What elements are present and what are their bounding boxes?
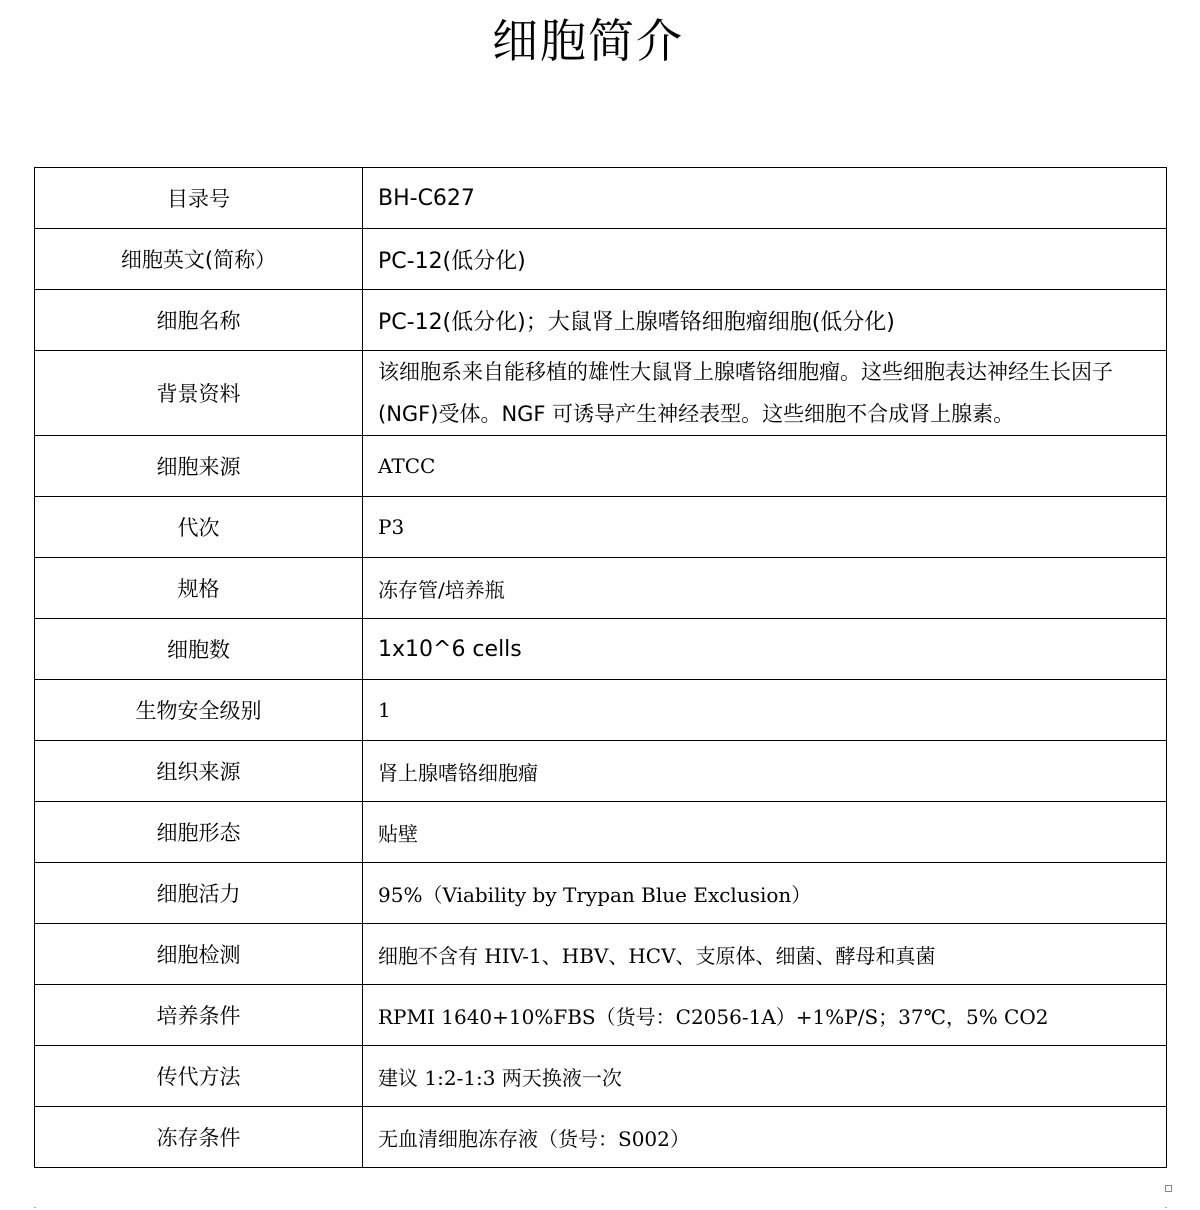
- page-title: 细胞简介: [0, 10, 1176, 72]
- table-row-english-name: 细胞英文(简称） PC-12(低分化): [35, 229, 1167, 290]
- table-row-tissue: 组织来源 肾上腺嗜铬细胞瘤: [35, 741, 1167, 802]
- row-value: P3: [363, 497, 1167, 558]
- row-value: 1x10^6 cells: [363, 619, 1167, 680]
- row-label: 传代方法: [35, 1046, 363, 1107]
- row-label: 细胞数: [35, 619, 363, 680]
- row-value: ATCC: [363, 436, 1167, 497]
- table-row-spec: 规格 冻存管/培养瓶: [35, 558, 1167, 619]
- row-label: 培养条件: [35, 985, 363, 1046]
- row-value: 冻存管/培养瓶: [363, 558, 1167, 619]
- row-value: PC-12(低分化): [363, 229, 1167, 290]
- margin-mark-left: [34, 1207, 36, 1208]
- table-end-marker: [1165, 1185, 1172, 1192]
- row-value: RPMI 1640+10%FBS（货号：C2056-1A）+1%P/S；37℃，…: [363, 985, 1167, 1046]
- table-row-cell-count: 细胞数 1x10^6 cells: [35, 619, 1167, 680]
- row-label: 细胞检测: [35, 924, 363, 985]
- table-row-background: 背景资料 该细胞系来自能移植的雄性大鼠肾上腺嗜铬细胞瘤。这些细胞表达神经生长因子…: [35, 351, 1167, 436]
- table-row-morphology: 细胞形态 贴壁: [35, 802, 1167, 863]
- row-label: 生物安全级别: [35, 680, 363, 741]
- row-value: 该细胞系来自能移植的雄性大鼠肾上腺嗜铬细胞瘤。这些细胞表达神经生长因子(NGF)…: [363, 351, 1167, 436]
- row-label: 规格: [35, 558, 363, 619]
- row-value: PC-12(低分化)；大鼠肾上腺嗜铬细胞瘤细胞(低分化): [363, 290, 1167, 351]
- row-label: 细胞来源: [35, 436, 363, 497]
- table-row-source: 细胞来源 ATCC: [35, 436, 1167, 497]
- table-row-passage: 代次 P3: [35, 497, 1167, 558]
- row-label: 组织来源: [35, 741, 363, 802]
- table-row-catalog-number: 目录号 BH-C627: [35, 168, 1167, 229]
- row-value: 肾上腺嗜铬细胞瘤: [363, 741, 1167, 802]
- row-label: 背景资料: [35, 351, 363, 436]
- table-row-biosafety: 生物安全级别 1: [35, 680, 1167, 741]
- row-value: 建议 1:2-1:3 两天换液一次: [363, 1046, 1167, 1107]
- row-label: 细胞活力: [35, 863, 363, 924]
- row-value: 无血清细胞冻存液（货号：S002）: [363, 1107, 1167, 1168]
- table-row-testing: 细胞检测 细胞不含有 HIV-1、HBV、HCV、支原体、细菌、酵母和真菌: [35, 924, 1167, 985]
- row-value: 贴壁: [363, 802, 1167, 863]
- row-label: 代次: [35, 497, 363, 558]
- table-row-viability: 细胞活力 95%（Viability by Trypan Blue Exclus…: [35, 863, 1167, 924]
- table-row-culture: 培养条件 RPMI 1640+10%FBS（货号：C2056-1A）+1%P/S…: [35, 985, 1167, 1046]
- row-label: 细胞名称: [35, 290, 363, 351]
- row-value: 细胞不含有 HIV-1、HBV、HCV、支原体、细菌、酵母和真菌: [363, 924, 1167, 985]
- row-label: 目录号: [35, 168, 363, 229]
- table-row-freezing: 冻存条件 无血清细胞冻存液（货号：S002）: [35, 1107, 1167, 1168]
- margin-mark-right: [1165, 1207, 1167, 1208]
- table-row-cell-name: 细胞名称 PC-12(低分化)；大鼠肾上腺嗜铬细胞瘤细胞(低分化): [35, 290, 1167, 351]
- row-value: 1: [363, 680, 1167, 741]
- table-row-subculture: 传代方法 建议 1:2-1:3 两天换液一次: [35, 1046, 1167, 1107]
- row-label: 细胞英文(简称）: [35, 229, 363, 290]
- cell-info-table: 目录号 BH-C627 细胞英文(简称） PC-12(低分化) 细胞名称 PC-…: [34, 167, 1167, 1168]
- row-label: 细胞形态: [35, 802, 363, 863]
- row-value: BH-C627: [363, 168, 1167, 229]
- row-label: 冻存条件: [35, 1107, 363, 1168]
- row-value: 95%（Viability by Trypan Blue Exclusion）: [363, 863, 1167, 924]
